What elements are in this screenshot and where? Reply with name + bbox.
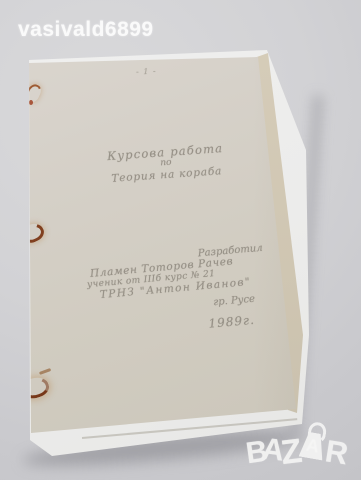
rust-stain-arc xyxy=(19,374,52,402)
logo-letter: R xyxy=(323,435,350,469)
shopping-bag-icon: A xyxy=(299,427,328,461)
rust-stain-top xyxy=(25,82,39,106)
rust-stain-dot xyxy=(39,368,51,374)
rust-stain-dot xyxy=(29,100,33,105)
rust-stain-arc xyxy=(19,220,47,246)
rust-stain-dot xyxy=(19,220,26,226)
rust-stain-arc xyxy=(24,82,43,104)
page-number: - 1 - xyxy=(136,67,157,77)
rust-stain-bottom xyxy=(17,366,53,400)
seller-watermark: vasivald6899 xyxy=(18,18,154,42)
rust-stain-middle xyxy=(19,220,45,246)
handwritten-title-block: Курсова работа по Теория на кораба xyxy=(99,141,233,185)
bazar-logo: BAZAR xyxy=(245,424,351,474)
photo-scene: - 1 - Курсова работа по Теория на кораба… xyxy=(0,0,361,480)
author-line-6: 1989г. xyxy=(95,313,273,339)
handwritten-author-block: Разработил Пламен Тоторов Рачев ученик о… xyxy=(89,242,273,339)
